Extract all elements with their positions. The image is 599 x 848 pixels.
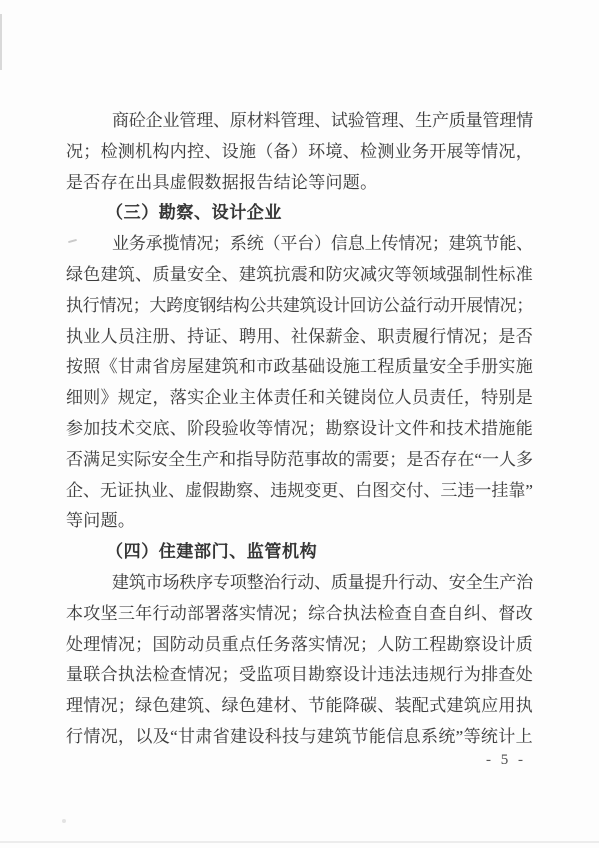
text-line: 执业人员注册、持证、聘用、社保薪金、职责履行情况；是否 bbox=[66, 322, 533, 353]
section-heading-survey-design-enterprises: （三）勘察、设计企业 bbox=[66, 198, 533, 229]
text-line: 商砼企业管理、原材料管理、试验管理、生产质量管理情 bbox=[66, 106, 533, 137]
section-heading-housing-dept-supervision: （四）住建部门、监管机构 bbox=[66, 537, 533, 568]
text-line: 业务承揽情况；系统（平台）信息上传情况；建筑节能、 bbox=[66, 229, 533, 260]
document-page: 商砼企业管理、原材料管理、试验管理、生产质量管理情况；检测机构内控、设施（备）环… bbox=[0, 0, 599, 848]
paragraph-commercial-concrete-testing: 商砼企业管理、原材料管理、试验管理、生产质量管理情况；检测机构内控、设施（备）环… bbox=[66, 106, 533, 198]
text-line: 量联合执法检查情况；受监项目勘察设计违法违规行为排查处 bbox=[66, 660, 533, 691]
paragraph-survey-design-enterprises: 业务承揽情况；系统（平台）信息上传情况；建筑节能、绿色建筑、质量安全、建筑抗震和… bbox=[66, 229, 533, 537]
page-number: - 5 - bbox=[486, 752, 526, 769]
text-line: 否满足实际安全生产和指导防范事故的需要；是否存在“一人多 bbox=[66, 445, 533, 476]
text-line: 执行情况；大跨度钢结构公共建筑设计回访公益行动开展情况； bbox=[66, 291, 533, 322]
paragraph-housing-dept-supervision: 建筑市场秩序专项整治行动、质量提升行动、安全生产治本攻坚三年行动部署落实情况；综… bbox=[66, 568, 533, 753]
text-line: 等问题。 bbox=[66, 506, 533, 537]
page-content: 商砼企业管理、原材料管理、试验管理、生产质量管理情况；检测机构内控、设施（备）环… bbox=[66, 106, 533, 753]
text-line: 理情况；绿色建筑、绿色建材、节能降碳、装配式建筑应用执 bbox=[66, 691, 533, 722]
text-line: 处理情况；国防动员重点任务落实情况；人防工程勘察设计质 bbox=[66, 630, 533, 661]
text-line: 本攻坚三年行动部署落实情况；综合执法检查自查自纠、督改 bbox=[66, 599, 533, 630]
text-line: 按照《甘肃省房屋建筑和市政基础设施工程质量安全手册实施 bbox=[66, 352, 533, 383]
text-line: 细则》规定，落实企业主体责任和关键岗位人员责任，特别是 bbox=[66, 383, 533, 414]
text-line: 是否存在出具虚假数据报告结论等问题。 bbox=[66, 168, 533, 199]
scan-artifact-left-edge bbox=[0, 14, 2, 70]
text-line: 企、无证执业、虚假勘察、违规变更、白图交付、三违一挂靠” bbox=[66, 476, 533, 507]
text-line: 建筑市场秩序专项整治行动、质量提升行动、安全生产治 bbox=[66, 568, 533, 599]
text-line: 绿色建筑、质量安全、建筑抗震和防灾减灾等领域强制性标准 bbox=[66, 260, 533, 291]
scan-artifact-bottom-line bbox=[0, 841, 599, 843]
text-line: 况；检测机构内控、设施（备）环境、检测业务开展等情况， bbox=[66, 137, 533, 168]
scan-speck-dot bbox=[62, 819, 66, 823]
text-line: 行情况，以及“甘肃省建设科技与建筑节能信息系统”等统计上 bbox=[66, 722, 533, 753]
text-line: 参加技术交底、阶段验收等情况；勘察设计文件和技术措施能 bbox=[66, 414, 533, 445]
